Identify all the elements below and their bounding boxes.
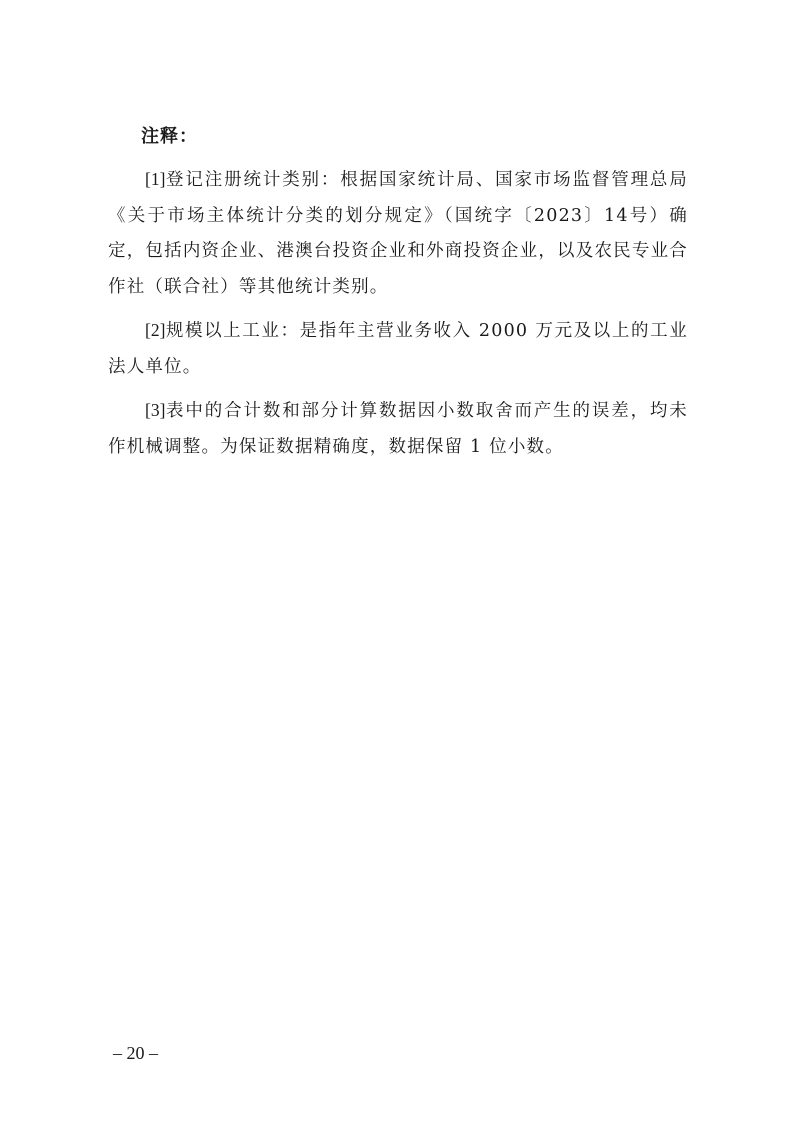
note-text: 规模以上工业：是指年主营业务收入 2000 万元及以上的工业法人单位。 <box>108 321 688 377</box>
notes-heading: 注释： <box>141 124 688 150</box>
note-1: [1]登记注册统计类别：根据国家统计局、国家市场监督管理总局《关于市场主体统计分… <box>108 162 688 305</box>
note-3: [3]表中的合计数和部分计算数据因小数取舍而产生的误差，均未作机械调整。为保证数… <box>108 393 688 465</box>
page-number: – 20 – <box>113 1043 158 1064</box>
note-2: [2]规模以上工业：是指年主营业务收入 2000 万元及以上的工业法人单位。 <box>108 313 688 385</box>
note-marker: [1] <box>145 169 165 189</box>
notes-section: 注释： [1]登记注册统计类别：根据国家统计局、国家市场监督管理总局《关于市场主… <box>108 124 688 473</box>
note-marker: [3] <box>145 400 165 420</box>
note-marker: [2] <box>145 320 165 340</box>
note-text: 表中的合计数和部分计算数据因小数取舍而产生的误差，均未作机械调整。为保证数据精确… <box>108 401 688 457</box>
note-text: 登记注册统计类别：根据国家统计局、国家市场监督管理总局《关于市场主体统计分类的划… <box>108 170 688 297</box>
